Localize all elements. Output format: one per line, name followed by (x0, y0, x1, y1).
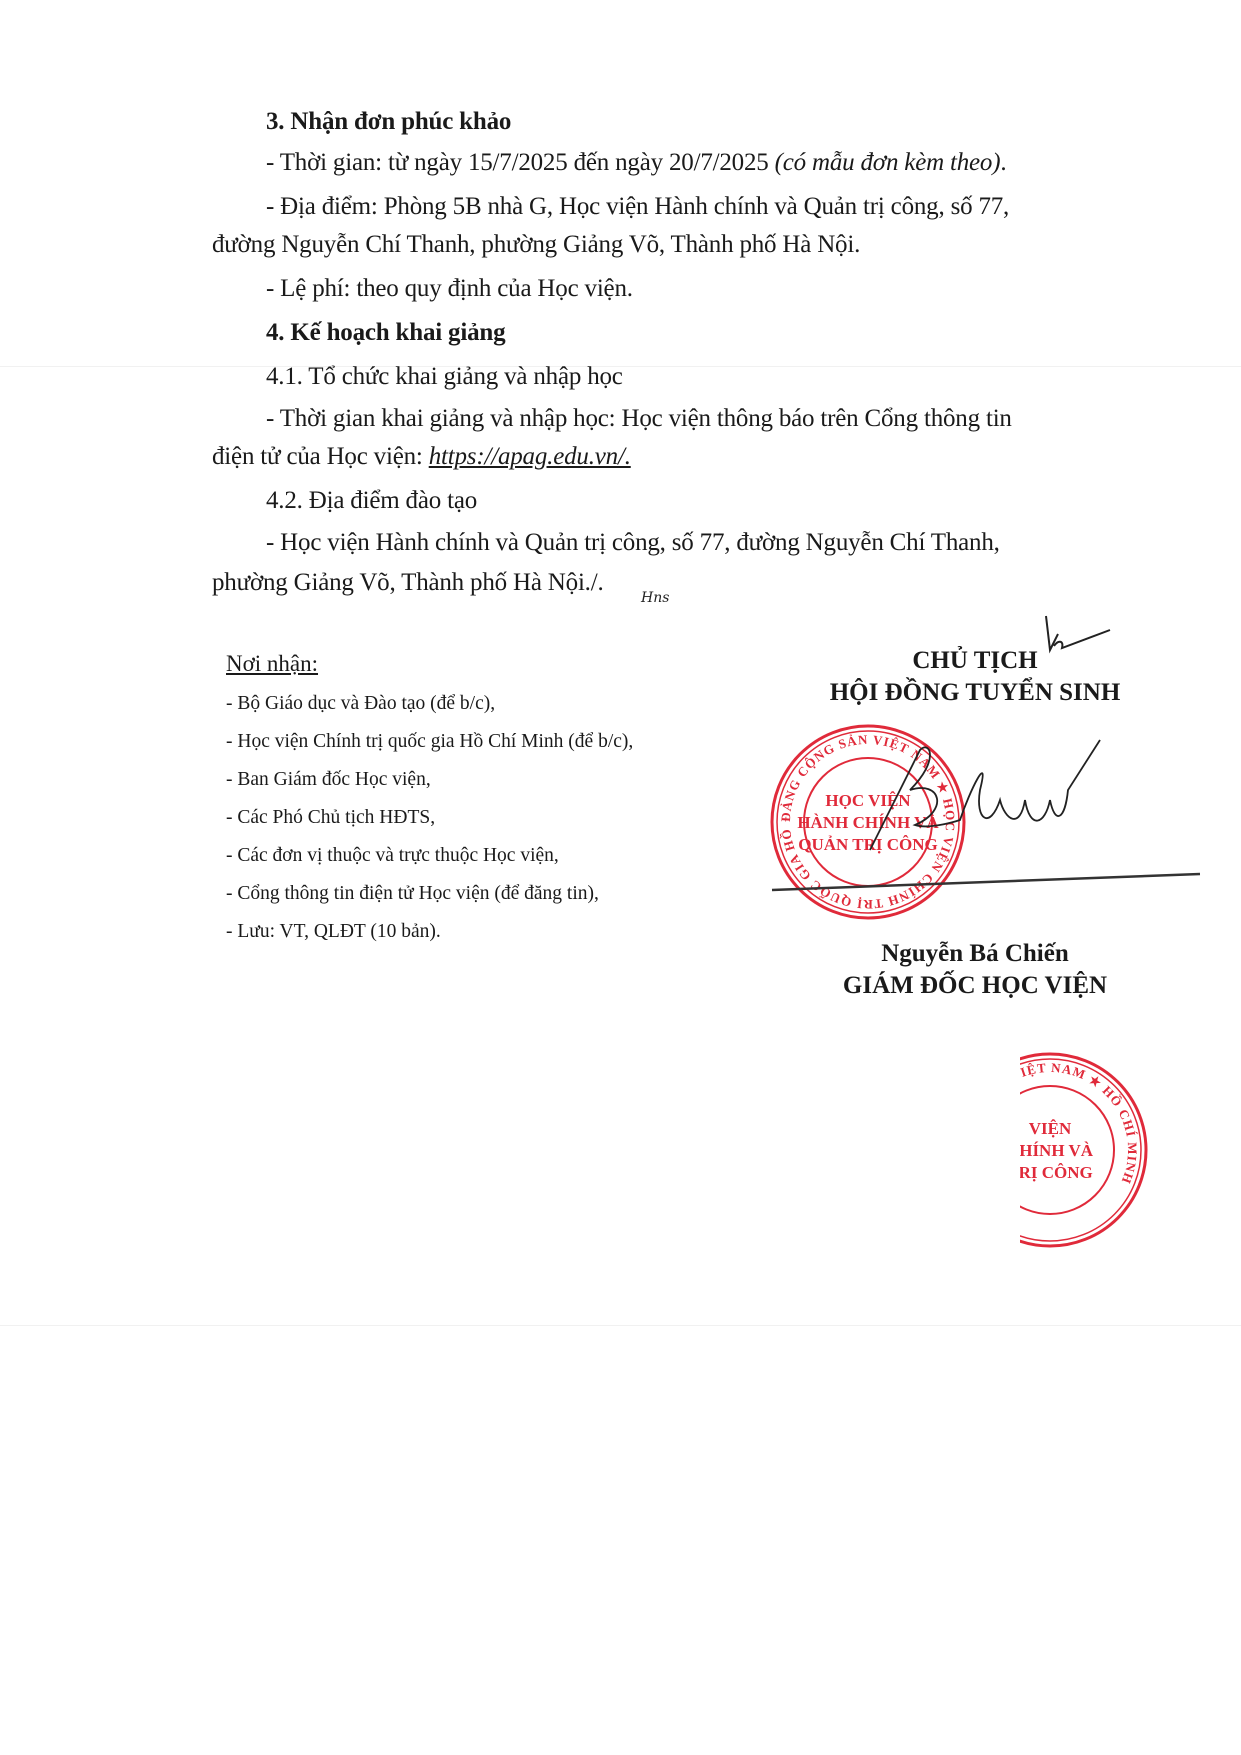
signer: Nguyễn Bá Chiến GIÁM ĐỐC HỌC VIỆN (760, 938, 1190, 1002)
recipient-item: - Bộ Giáo dục và Đào tạo (để b/c), (226, 692, 495, 716)
recipient-item: - Học viện Chính trị quốc gia Hồ Chí Min… (226, 730, 633, 754)
partial-seal: ẢN VIỆT NAM ★ HỒ CHÍ MINH VIỆN CHÍNH VÀ … (1020, 1040, 1200, 1270)
recipient-item: - Lưu: VT, QLĐT (10 bản). (226, 920, 441, 944)
section-4-heading: 4. Kế hoạch khai giảng (266, 318, 505, 348)
section-4-2-heading: 4.2. Địa điểm đào tạo (266, 486, 477, 516)
signer-name: Nguyễn Bá Chiến (760, 938, 1190, 970)
signature-underline (770, 868, 1210, 898)
signature-title-line2: HỘI ĐỒNG TUYỂN SINH (760, 677, 1190, 709)
recipient-item: - Các đơn vị thuộc và trực thuộc Học việ… (226, 844, 559, 868)
section-3-fee: - Lệ phí: theo quy định của Học viện. (266, 274, 633, 304)
time-note: (có mẫu đơn kèm theo) (775, 149, 1001, 176)
time-suffix: . (1000, 149, 1006, 176)
portal-link[interactable]: https://apag.edu.vn/. (429, 443, 631, 470)
svg-text:VIỆN: VIỆN (1029, 1119, 1072, 1138)
handwritten-initials: Hns (641, 590, 669, 606)
svg-text:CHÍNH VÀ: CHÍNH VÀ (1020, 1141, 1094, 1160)
partial-seal-icon: ẢN VIỆT NAM ★ HỒ CHÍ MINH VIỆN CHÍNH VÀ … (1020, 1050, 1150, 1250)
signature-title: CHỦ TỊCH HỘI ĐỒNG TUYỂN SINH (760, 645, 1190, 709)
section-3-location-line1: - Địa điểm: Phòng 5B nhà G, Học viện Hàn… (266, 192, 1009, 222)
section-4-2-line2: phường Giảng Võ, Thành phố Hà Nội./. (212, 568, 604, 598)
section-4-1-line2: điện tử của Học viện: https://apag.edu.v… (212, 442, 631, 472)
recipient-item: - Ban Giám đốc Học viện, (226, 768, 431, 792)
recipient-item: - Cổng thông tin điện tử Học viện (để đă… (226, 882, 599, 906)
section-4-2-line1: - Học viện Hành chính và Quản trị công, … (266, 528, 1000, 558)
svg-text:TRỊ CÔNG: TRỊ CÔNG (1020, 1163, 1093, 1182)
signature-title-line1: CHỦ TỊCH (760, 645, 1190, 677)
section-3-location-line2: đường Nguyễn Chí Thanh, phường Giảng Võ,… (212, 230, 860, 260)
portal-text: điện tử của Học viện: (212, 443, 429, 470)
recipient-item: - Các Phó Chủ tịch HĐTS, (226, 806, 435, 830)
initial-flourish-icon (1040, 610, 1120, 660)
handwritten-signature-icon (860, 730, 1150, 880)
scan-artifact-line (0, 1325, 1241, 1326)
time-text: - Thời gian: từ ngày 15/7/2025 đến ngày … (266, 149, 775, 176)
document-page: 3. Nhận đơn phúc khảo - Thời gian: từ ng… (0, 0, 1241, 1755)
section-3-time: - Thời gian: từ ngày 15/7/2025 đến ngày … (266, 148, 1006, 178)
section-4-1-line1: - Thời gian khai giảng và nhập học: Học … (266, 404, 1012, 434)
signer-position: GIÁM ĐỐC HỌC VIỆN (760, 970, 1190, 1002)
section-3-heading: 3. Nhận đơn phúc khảo (266, 107, 511, 137)
recipients-title: Nơi nhận: (226, 651, 318, 677)
section-4-1-heading: 4.1. Tổ chức khai giảng và nhập học (266, 362, 623, 392)
